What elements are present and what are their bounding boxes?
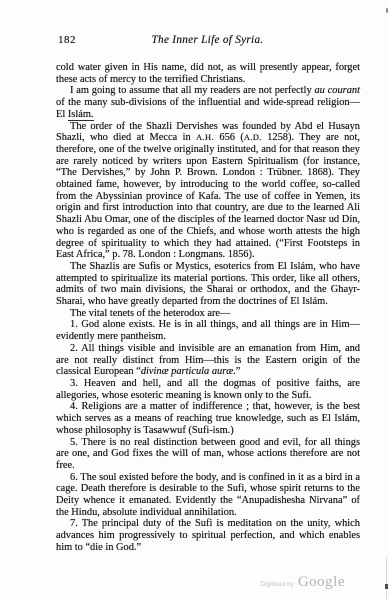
text-run: I am going to assume that all my readers…	[70, 85, 314, 96]
text-run: ”	[236, 366, 241, 377]
paragraph: 1. God alone exists. He is in all things…	[56, 319, 360, 342]
paragraph: 5. There is no real distinction between …	[56, 437, 360, 472]
text-run: 1. God alone exists. He is in all things…	[56, 319, 360, 342]
paragraph: The vital tenets of the heterodox are—	[56, 308, 360, 320]
text-run: 5. There is no real distinction between …	[56, 437, 360, 471]
paragraph: 7. The principal duty of the Sufi is med…	[56, 518, 360, 553]
text-run: The Shazlis are Sufis or Mystics, esoter…	[56, 261, 360, 307]
paragraph: cold water given in His name, did not, a…	[56, 62, 360, 85]
text-run: 4. Religions are a matter of indifferenc…	[56, 401, 360, 435]
text-run: Islám.	[68, 109, 94, 121]
scan-artifact-speck	[386, 8, 388, 13]
text-run: 3. Heaven and hell, and all the dogmas o…	[56, 378, 360, 401]
paragraph: The Shazlis are Sufis or Mystics, esoter…	[56, 261, 360, 308]
body-text: cold water given in His name, did not, a…	[56, 62, 360, 554]
text-run: 656 (	[214, 132, 244, 143]
text-run: A.H.	[196, 133, 214, 142]
text-run: of the many sub-divisions of the influen…	[56, 97, 360, 120]
google-logo: Google	[298, 574, 345, 591]
text-run: The vital tenets of the heterodox are—	[70, 308, 230, 319]
watermark-prefix: Digitized by	[260, 581, 294, 588]
page-header: 182 The Inner Life of Syria.	[56, 34, 359, 48]
paragraph: 3. Heaven and hell, and all the dogmas o…	[56, 378, 360, 401]
scan-artifact-edge-speck	[385, 584, 388, 589]
text-run: 1258). They are not, therefore, one of t…	[56, 132, 360, 260]
text-run: au courant	[314, 85, 360, 96]
paragraph: 6. The soul existed before the body, and…	[56, 472, 360, 519]
running-title: The Inner Life of Syria.	[56, 34, 359, 46]
text-run: 6. The soul existed before the body, and…	[56, 472, 360, 518]
text-run: divinæ particula auræ.	[141, 366, 236, 377]
paragraph: The order of the Shazli Dervishes was fo…	[56, 121, 360, 261]
text-run: 7. The principal duty of the Sufi is med…	[56, 518, 360, 552]
scanned-book-page: 182 The Inner Life of Syria. cold water …	[0, 0, 389, 599]
paragraph: 4. Religions are a matter of indifferenc…	[56, 401, 360, 436]
scan-artifact-edge-line	[386, 557, 387, 599]
digitized-by-google-watermark: Digitized by Google	[260, 574, 345, 591]
paragraph: I am going to assume that all my readers…	[56, 85, 360, 120]
paragraph: 2. All things visible and invisible are …	[56, 343, 360, 378]
text-run: A.D.	[244, 133, 262, 142]
text-run: cold water given in His name, did not, a…	[56, 62, 360, 85]
